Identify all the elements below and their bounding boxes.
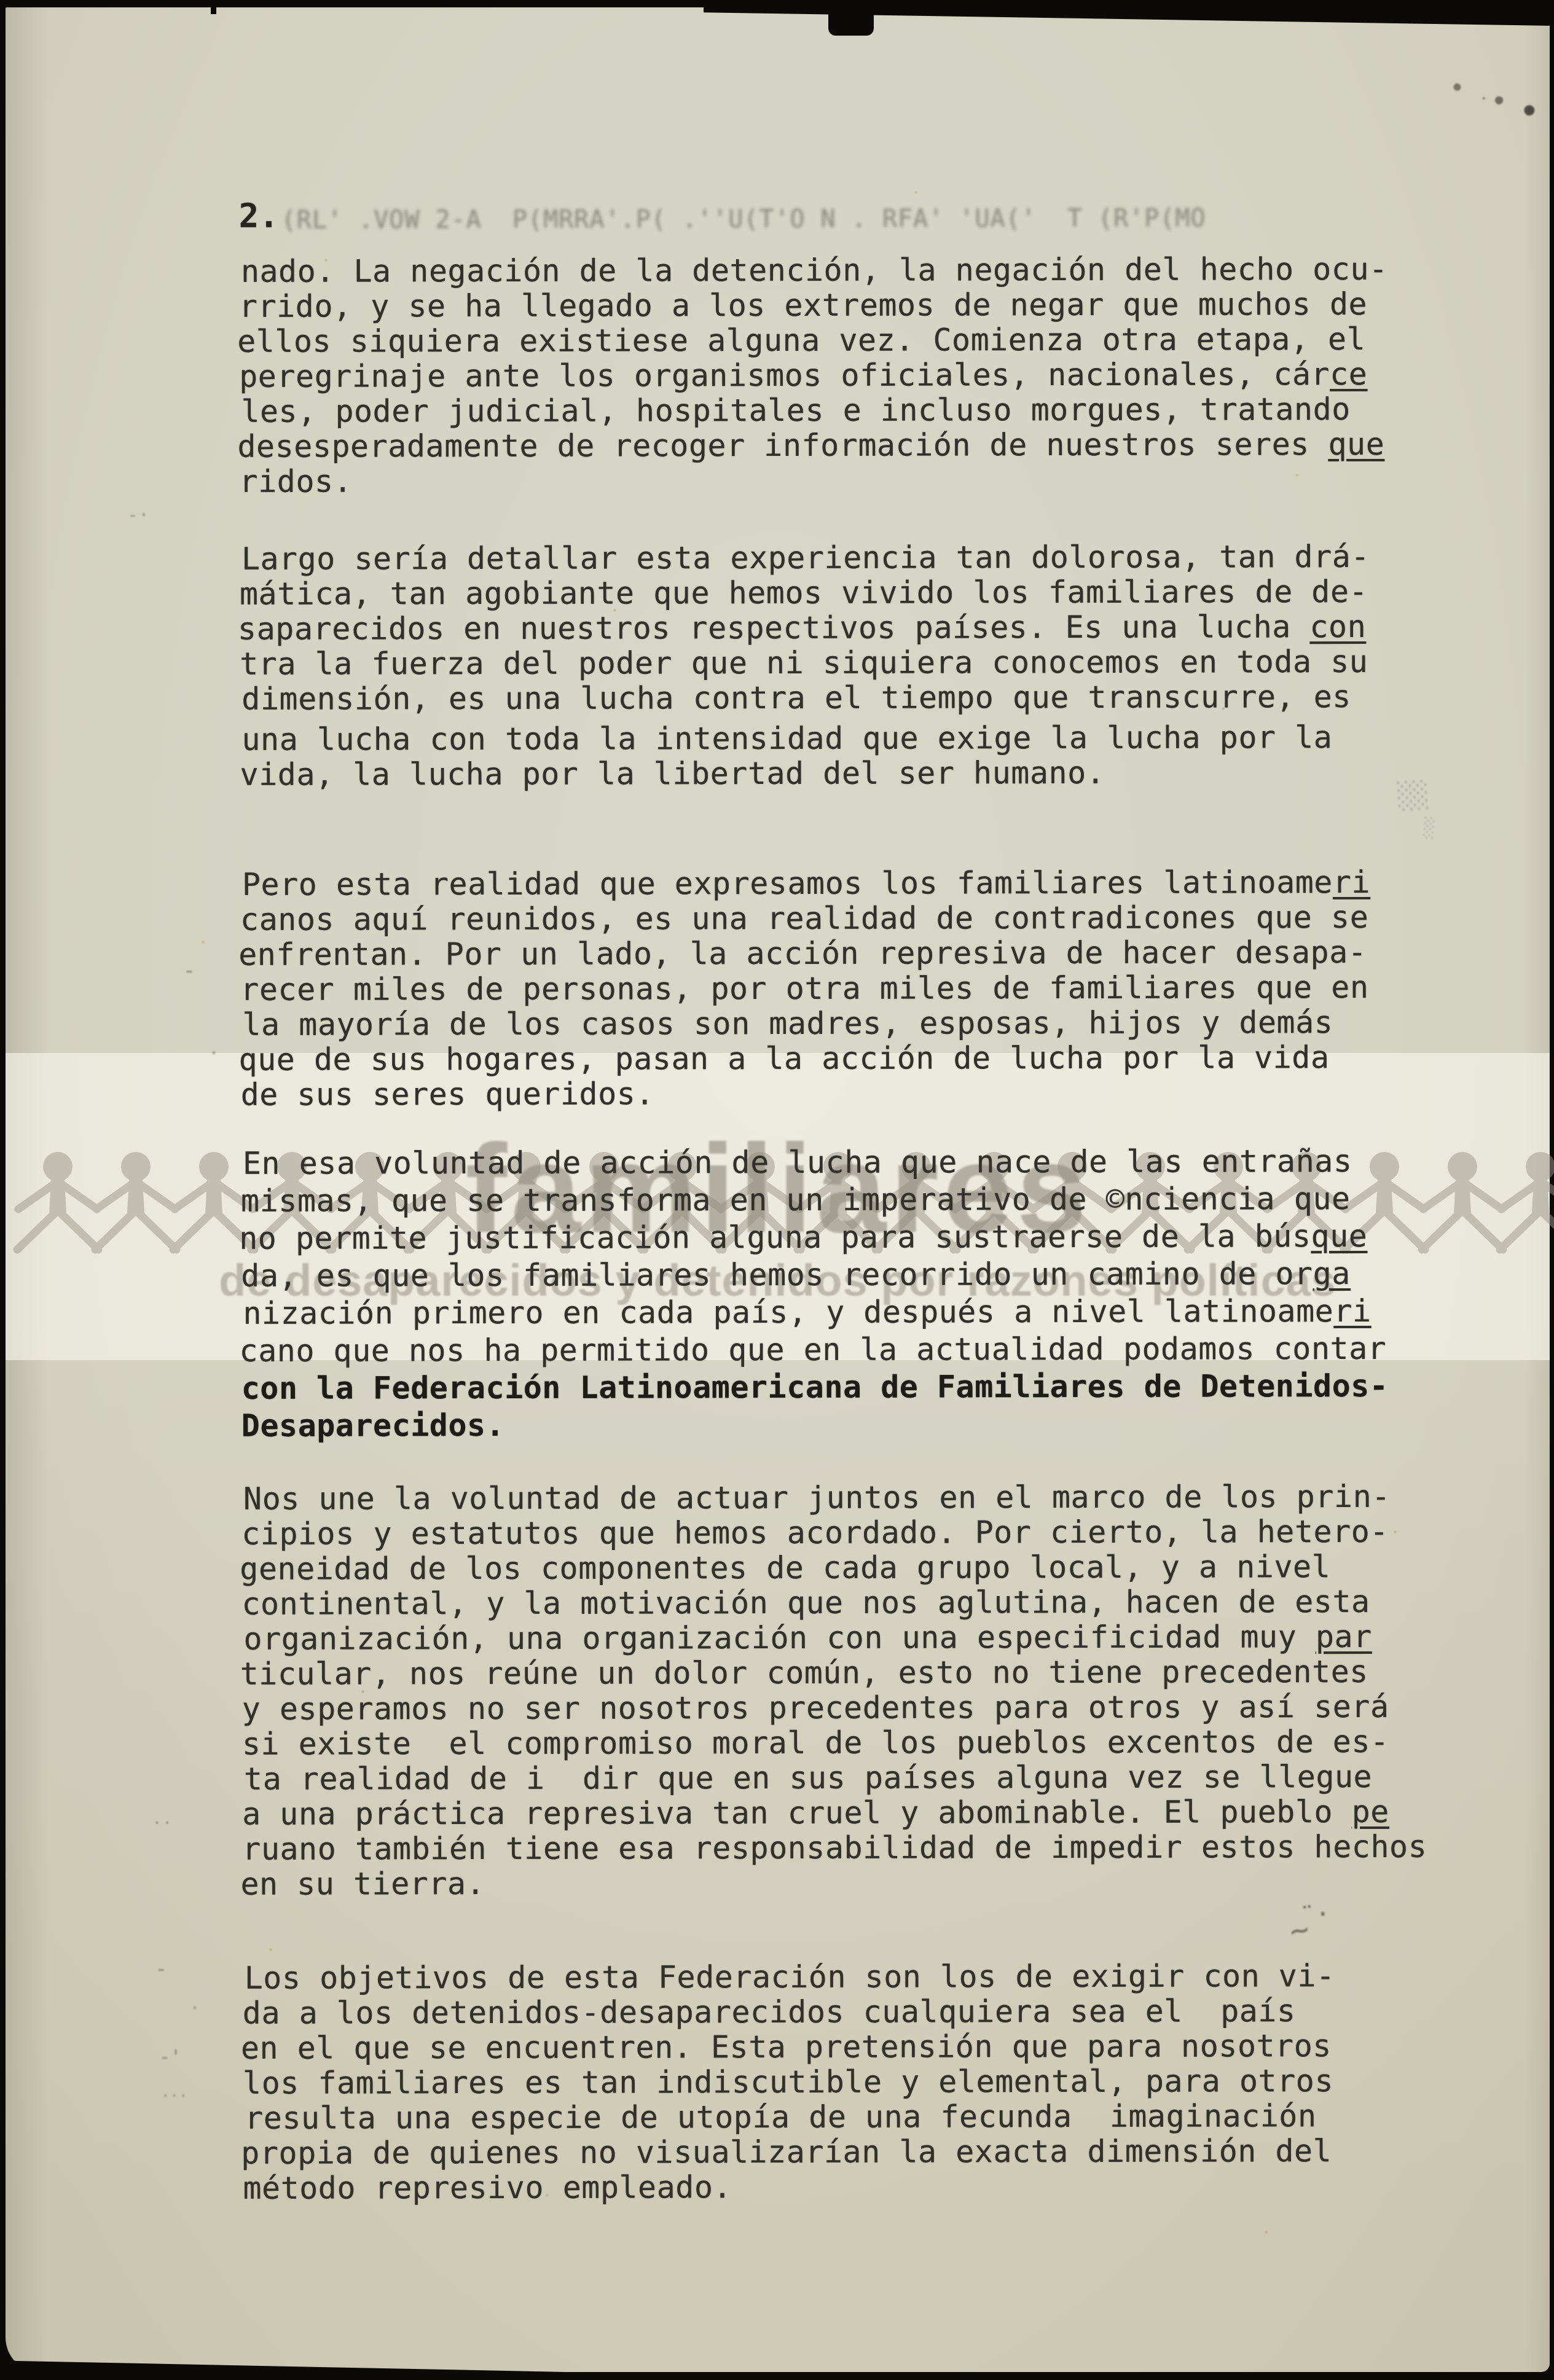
typed-line: Pero esta realidad que expresamos los fa… (242, 865, 1370, 902)
typed-line: Los objetivos de esta Federación son los… (245, 1959, 1335, 1996)
typed-line: Desaparecidos. (241, 1405, 1389, 1445)
stray-ink-mark: ·· (152, 1815, 173, 1832)
typed-line: cipios y estatutos que hemos acordado. P… (241, 1514, 1426, 1552)
typed-text-layer: 2. (RL' .VOW 2-A P(MRRA'.P( .''U(T'O N .… (3, 6, 1552, 2373)
stray-ink-mark: · (208, 1044, 219, 1063)
typed-line: continental, y la motivación que nos agl… (241, 1584, 1426, 1622)
typed-line: no permite justificación alguna para sus… (239, 1218, 1386, 1258)
typed-line: tra la fuerza del poder que ni siquiera … (240, 644, 1368, 682)
typed-line: con la Federación Latinoamericana de Fam… (241, 1368, 1389, 1407)
typed-line: nización primero en cada país, y después… (243, 1293, 1390, 1333)
typed-line: los familiares es tan indiscutible y ele… (243, 2064, 1333, 2101)
stray-ink-mark: ░ (1423, 819, 1435, 839)
paper-sheet: familiares de desaparecidos y detenidos … (6, 7, 1550, 2372)
scanned-document-page: familiares de desaparecidos y detenidos … (0, 0, 1554, 2380)
typed-line: la mayoría de los casos son madres, espo… (242, 1005, 1370, 1043)
typed-line: da a los detenidos-desaparecidos cualqui… (243, 1994, 1333, 2031)
scan-edge-notch (828, 0, 874, 36)
typed-line: peregrinaje ante los organismos oficiale… (239, 357, 1386, 394)
typed-line: les, poder judicial, hospitales e inclus… (241, 392, 1388, 429)
typed-line: resulta una especie de utopía de una fec… (245, 2099, 1335, 2136)
paragraph: Pero esta realidad que expresamos los fa… (240, 865, 1369, 1113)
typed-line: propia de quienes no visualizarían la ex… (241, 2134, 1332, 2171)
typed-line: ellos siquiera existiese alguna vez. Com… (237, 322, 1384, 359)
typed-line: nado. La negación de la detención, la ne… (241, 252, 1388, 289)
typed-line: de sus seres queridos. (241, 1075, 1369, 1113)
stray-ink-mark: · (1479, 91, 1489, 107)
stray-ink-mark: -· (127, 506, 149, 525)
typed-line: una lucha con toda la intensidad que exi… (241, 720, 1332, 757)
typed-line: ruano también tiene esa responsabilidad … (242, 1830, 1427, 1867)
typed-line: y esperamos no ser nosotros precedentes … (242, 1689, 1427, 1727)
paragraph: nado. La negación de la detención, la ne… (239, 252, 1387, 499)
paragraph: Nos une la voluntad de actuar juntos en … (241, 1479, 1427, 1902)
typed-line: Nos une la voluntad de actuar juntos en … (243, 1479, 1428, 1517)
faded-stamp-text: (RL' .VOW 2-A P(MRRA'.P( .''U(T'O N . RF… (281, 205, 1206, 235)
typed-line: enfrentan. Por un lado, la acción repres… (238, 935, 1367, 973)
typed-line: en el que se encuentren. Esta pretensión… (241, 2029, 1332, 2066)
typed-line: que de sus hogares, pasan a la acción de… (238, 1040, 1367, 1078)
typed-line: en su tierra. (240, 1865, 1425, 1902)
typed-line: En esa voluntad de acción de lucha que n… (243, 1143, 1390, 1183)
typed-line: canos aquí reunidos, es una realidad de … (240, 900, 1368, 938)
stray-ink-mark: -' (159, 2048, 181, 2067)
typed-line: organización, una organización con una e… (243, 1619, 1428, 1657)
paragraph: una lucha con toda la intensidad que exi… (240, 720, 1330, 793)
typed-line: mismas, que se transforma en un imperati… (241, 1180, 1388, 1220)
scan-edge-tick (211, 0, 216, 14)
page-number: 2. (239, 197, 279, 235)
typed-line: desesperadamente de recoger información … (237, 427, 1384, 464)
typed-line: a una práctica represiva tan cruel y abo… (242, 1795, 1427, 1832)
typed-line: recer miles de personas, por otra miles … (240, 970, 1368, 1008)
typed-line: ta realidad de i dir que en sus países a… (244, 1760, 1429, 1797)
typed-line: rrido, y se ha llegado a los extremos de… (239, 287, 1386, 324)
typed-line: saparecidos en nuestros respectivos país… (238, 609, 1366, 647)
paragraph: Largo sería detallar esta experiencia ta… (240, 539, 1368, 717)
typed-line: ridos. (240, 462, 1387, 499)
stray-ink-mark: - (155, 1959, 167, 1979)
typed-line: geneidad de los componentes de cada grup… (240, 1549, 1424, 1587)
typed-line: ticular, nos reúne un dolor común, esto … (240, 1654, 1425, 1692)
typed-line: vida, la lucha por la libertad del ser h… (240, 755, 1331, 793)
typed-line: dimensión, es una lucha contra el tiempo… (241, 679, 1370, 717)
stray-ink-mark: · (190, 2000, 200, 2016)
stray-ink-mark: ░░ (1397, 781, 1430, 809)
stray-ink-mark: ··· (161, 2089, 187, 2104)
paragraph: En esa voluntad de acción de lucha que n… (241, 1143, 1389, 1445)
stray-ink-mark: - (182, 960, 196, 982)
typed-line: mática, tan agobiante que hemos vivido l… (240, 574, 1368, 612)
typed-line: Largo sería detallar esta experiencia ta… (241, 539, 1370, 577)
paragraph: Los objetivos de esta Federación son los… (243, 1959, 1334, 2206)
typed-line: si existe el compromiso moral de los pue… (242, 1724, 1427, 1762)
typed-line: método represivo empleado. (243, 2169, 1333, 2206)
typed-line: cano que nos ha permitido que en la actu… (239, 1330, 1386, 1370)
typed-line: da, es que los familiares hemos recorrid… (241, 1255, 1388, 1295)
